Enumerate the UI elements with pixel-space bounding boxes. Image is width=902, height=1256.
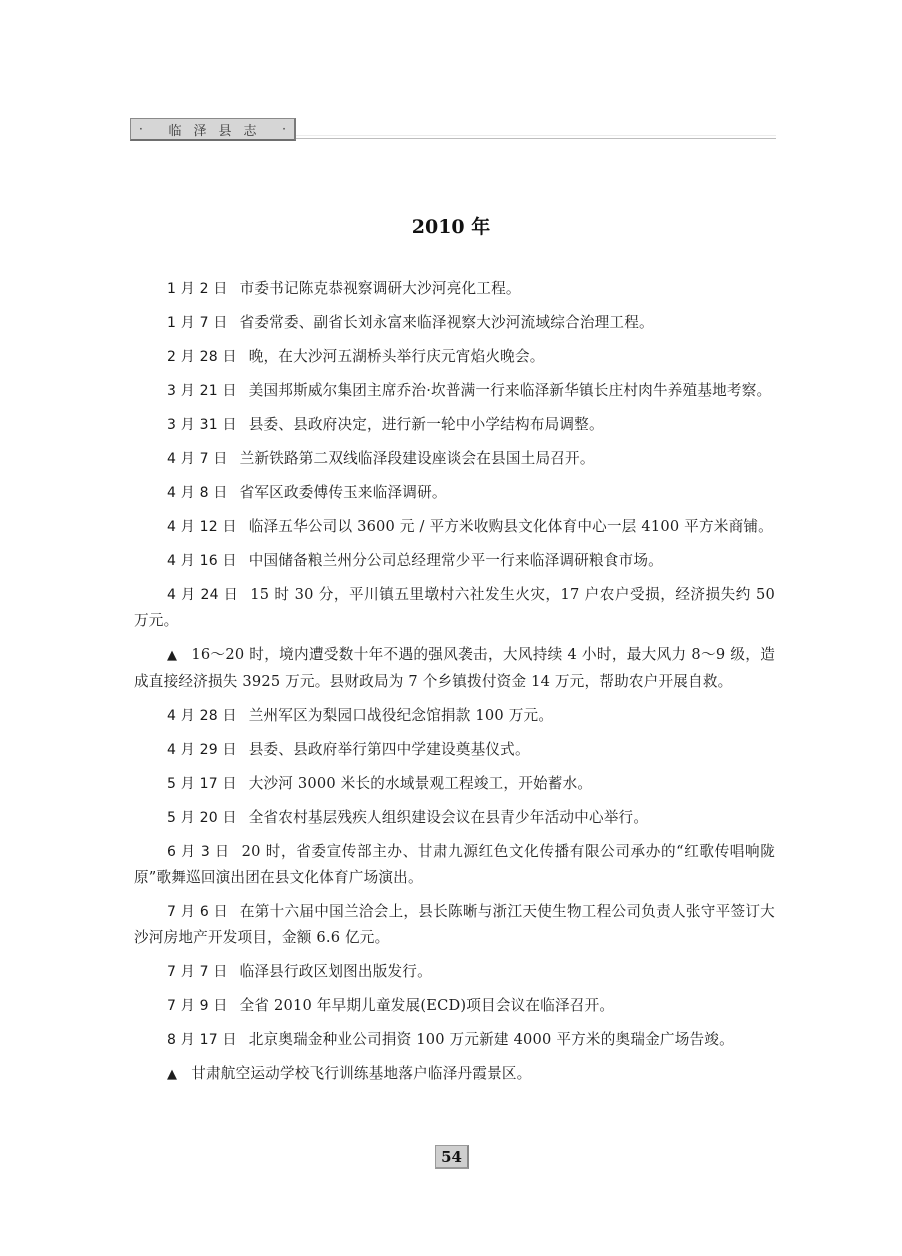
triangle-marker-icon: ▲ xyxy=(167,1067,177,1082)
chronicle-entry: 3 月 31 日县委、县政府决定，进行新一轮中小学结构布局调整。 xyxy=(134,412,775,438)
entry-text: 美国邦斯威尔集团主席乔治·坎普满一行来临泽新华镇长庄村肉牛养殖基地考察。 xyxy=(249,382,772,399)
entry-date: 2 月 28 日 xyxy=(167,349,237,365)
entry-text: 中国储备粮兰州分公司总经理常少平一行来临泽调研粮食市场。 xyxy=(249,552,663,569)
chronicle-entry-same-day: ▲16～20 时，境内遭受数十年不遇的强风袭击，大风持续 4 小时，最大风力 8… xyxy=(134,642,775,695)
chronicle-entry: 7 月 7 日临泽县行政区划图出版发行。 xyxy=(134,959,775,985)
chronicle-entry: 4 月 24 日15 时 30 分，平川镇五里墩村六社发生火灾，17 户农户受损… xyxy=(134,582,775,634)
entry-date: 3 月 31 日 xyxy=(167,417,237,433)
entry-date: 4 月 28 日 xyxy=(167,708,237,724)
entry-date: 7 月 9 日 xyxy=(167,998,228,1014)
entry-date: 5 月 20 日 xyxy=(167,810,237,826)
entry-text: 兰新铁路第二双线临泽段建设座谈会在县国土局召开。 xyxy=(240,450,595,467)
entry-date: 8 月 17 日 xyxy=(167,1032,237,1048)
entry-text: 16～20 时，境内遭受数十年不遇的强风袭击，大风持续 4 小时，最大风力 8～… xyxy=(134,646,775,690)
entry-text: 县委、县政府决定，进行新一轮中小学结构布局调整。 xyxy=(249,416,604,433)
chronicle-entry: 7 月 6 日在第十六届中国兰洽会上，县长陈晰与浙江天使生物工程公司负责人张守平… xyxy=(134,899,775,951)
running-head-right-dot: · xyxy=(282,122,286,136)
entry-date: 6 月 3 日 xyxy=(167,844,230,860)
entry-date: 4 月 24 日 xyxy=(167,587,238,603)
running-head: · 临泽县志 · xyxy=(130,118,296,141)
chronicle-entry: 5 月 20 日全省农村基层残疾人组织建设会议在县青少年活动中心举行。 xyxy=(134,805,775,831)
section-title: 2010 年 xyxy=(0,212,902,239)
chronicle-entry: 4 月 16 日中国储备粮兰州分公司总经理常少平一行来临泽调研粮食市场。 xyxy=(134,548,775,574)
chronicle-entry: 6 月 3 日20 时，省委宣传部主办、甘肃九源红色文化传播有限公司承办的“红歌… xyxy=(134,839,775,891)
entry-date: 4 月 29 日 xyxy=(167,742,237,758)
entry-text: 北京奥瑞金种业公司捐资 100 万元新建 4000 平方米的奥瑞金广场告竣。 xyxy=(249,1031,734,1048)
chronicle-entry: 4 月 7 日兰新铁路第二双线临泽段建设座谈会在县国土局召开。 xyxy=(134,446,775,472)
chronicle-entry: 7 月 9 日全省 2010 年早期儿童发展(ECD)项目会议在临泽召开。 xyxy=(134,993,775,1019)
chronicle-entry: 1 月 7 日省委常委、副省长刘永富来临泽视察大沙河流域综合治理工程。 xyxy=(134,310,775,336)
entry-text: 全省农村基层残疾人组织建设会议在县青少年活动中心举行。 xyxy=(249,809,648,826)
entry-date: 4 月 16 日 xyxy=(167,553,237,569)
entry-text: 省军区政委傅传玉来临泽调研。 xyxy=(240,484,447,501)
header-rule xyxy=(296,138,776,139)
entry-date: 4 月 7 日 xyxy=(167,451,228,467)
chronicle-entry: 5 月 17 日大沙河 3000 米长的水域景观工程竣工，开始蓄水。 xyxy=(134,771,775,797)
entry-text: 甘肃航空运动学校飞行训练基地落户临泽丹霞景区。 xyxy=(191,1065,531,1082)
entry-text: 市委书记陈克恭视察调研大沙河亮化工程。 xyxy=(240,280,521,297)
entry-text: 在第十六届中国兰洽会上，县长陈晰与浙江天使生物工程公司负责人张守平签订大沙河房地… xyxy=(134,903,775,946)
entry-text: 省委常委、副省长刘永富来临泽视察大沙河流域综合治理工程。 xyxy=(240,314,654,331)
chronicle-entry: 3 月 21 日美国邦斯威尔集团主席乔治·坎普满一行来临泽新华镇长庄村肉牛养殖基… xyxy=(134,378,775,404)
entry-text: 大沙河 3000 米长的水域景观工程竣工，开始蓄水。 xyxy=(249,775,593,792)
entry-date: 4 月 12 日 xyxy=(167,519,237,535)
chronicle-entries: 1 月 2 日市委书记陈克恭视察调研大沙河亮化工程。 1 月 7 日省委常委、副… xyxy=(134,276,775,1096)
entry-text: 20 时，省委宣传部主办、甘肃九源红色文化传播有限公司承办的“红歌传唱响陇原”歌… xyxy=(134,843,775,886)
entry-text: 临泽县行政区划图出版发行。 xyxy=(240,963,432,980)
chronicle-entry: 4 月 12 日临泽五华公司以 3600 元 / 平方米收购县文化体育中心一层 … xyxy=(134,514,775,540)
entry-date: 4 月 8 日 xyxy=(167,485,228,501)
entry-date: 1 月 7 日 xyxy=(167,315,228,331)
entry-text: 全省 2010 年早期儿童发展(ECD)项目会议在临泽召开。 xyxy=(240,997,615,1014)
triangle-marker-icon: ▲ xyxy=(167,648,177,663)
entry-text: 临泽五华公司以 3600 元 / 平方米收购县文化体育中心一层 4100 平方米… xyxy=(249,518,773,535)
chronicle-entry: 4 月 29 日县委、县政府举行第四中学建设奠基仪式。 xyxy=(134,737,775,763)
chronicle-entry-same-day: ▲甘肃航空运动学校飞行训练基地落户临泽丹霞景区。 xyxy=(134,1061,775,1088)
entry-date: 1 月 2 日 xyxy=(167,281,228,297)
chronicle-entry: 1 月 2 日市委书记陈克恭视察调研大沙河亮化工程。 xyxy=(134,276,775,302)
entry-text: 兰州军区为梨园口战役纪念馆捐款 100 万元。 xyxy=(249,707,553,724)
page-number: 54 xyxy=(435,1145,469,1169)
entry-date: 7 月 7 日 xyxy=(167,964,228,980)
chronicle-entry: 4 月 28 日兰州军区为梨园口战役纪念馆捐款 100 万元。 xyxy=(134,703,775,729)
chronicle-entry: 2 月 28 日晚，在大沙河五湖桥头举行庆元宵焰火晚会。 xyxy=(134,344,775,370)
entry-date: 7 月 6 日 xyxy=(167,904,228,920)
chronicle-entry: 4 月 8 日省军区政委傅传玉来临泽调研。 xyxy=(134,480,775,506)
running-head-title: 临泽县志 xyxy=(168,120,268,139)
entry-text: 晚，在大沙河五湖桥头举行庆元宵焰火晚会。 xyxy=(249,348,545,365)
entry-date: 5 月 17 日 xyxy=(167,776,237,792)
entry-text: 县委、县政府举行第四中学建设奠基仪式。 xyxy=(249,741,530,758)
entry-date: 3 月 21 日 xyxy=(167,383,237,399)
running-head-left-dot: · xyxy=(139,122,143,136)
header-rule-light xyxy=(296,135,776,136)
chronicle-entry: 8 月 17 日北京奥瑞金种业公司捐资 100 万元新建 4000 平方米的奥瑞… xyxy=(134,1027,775,1053)
